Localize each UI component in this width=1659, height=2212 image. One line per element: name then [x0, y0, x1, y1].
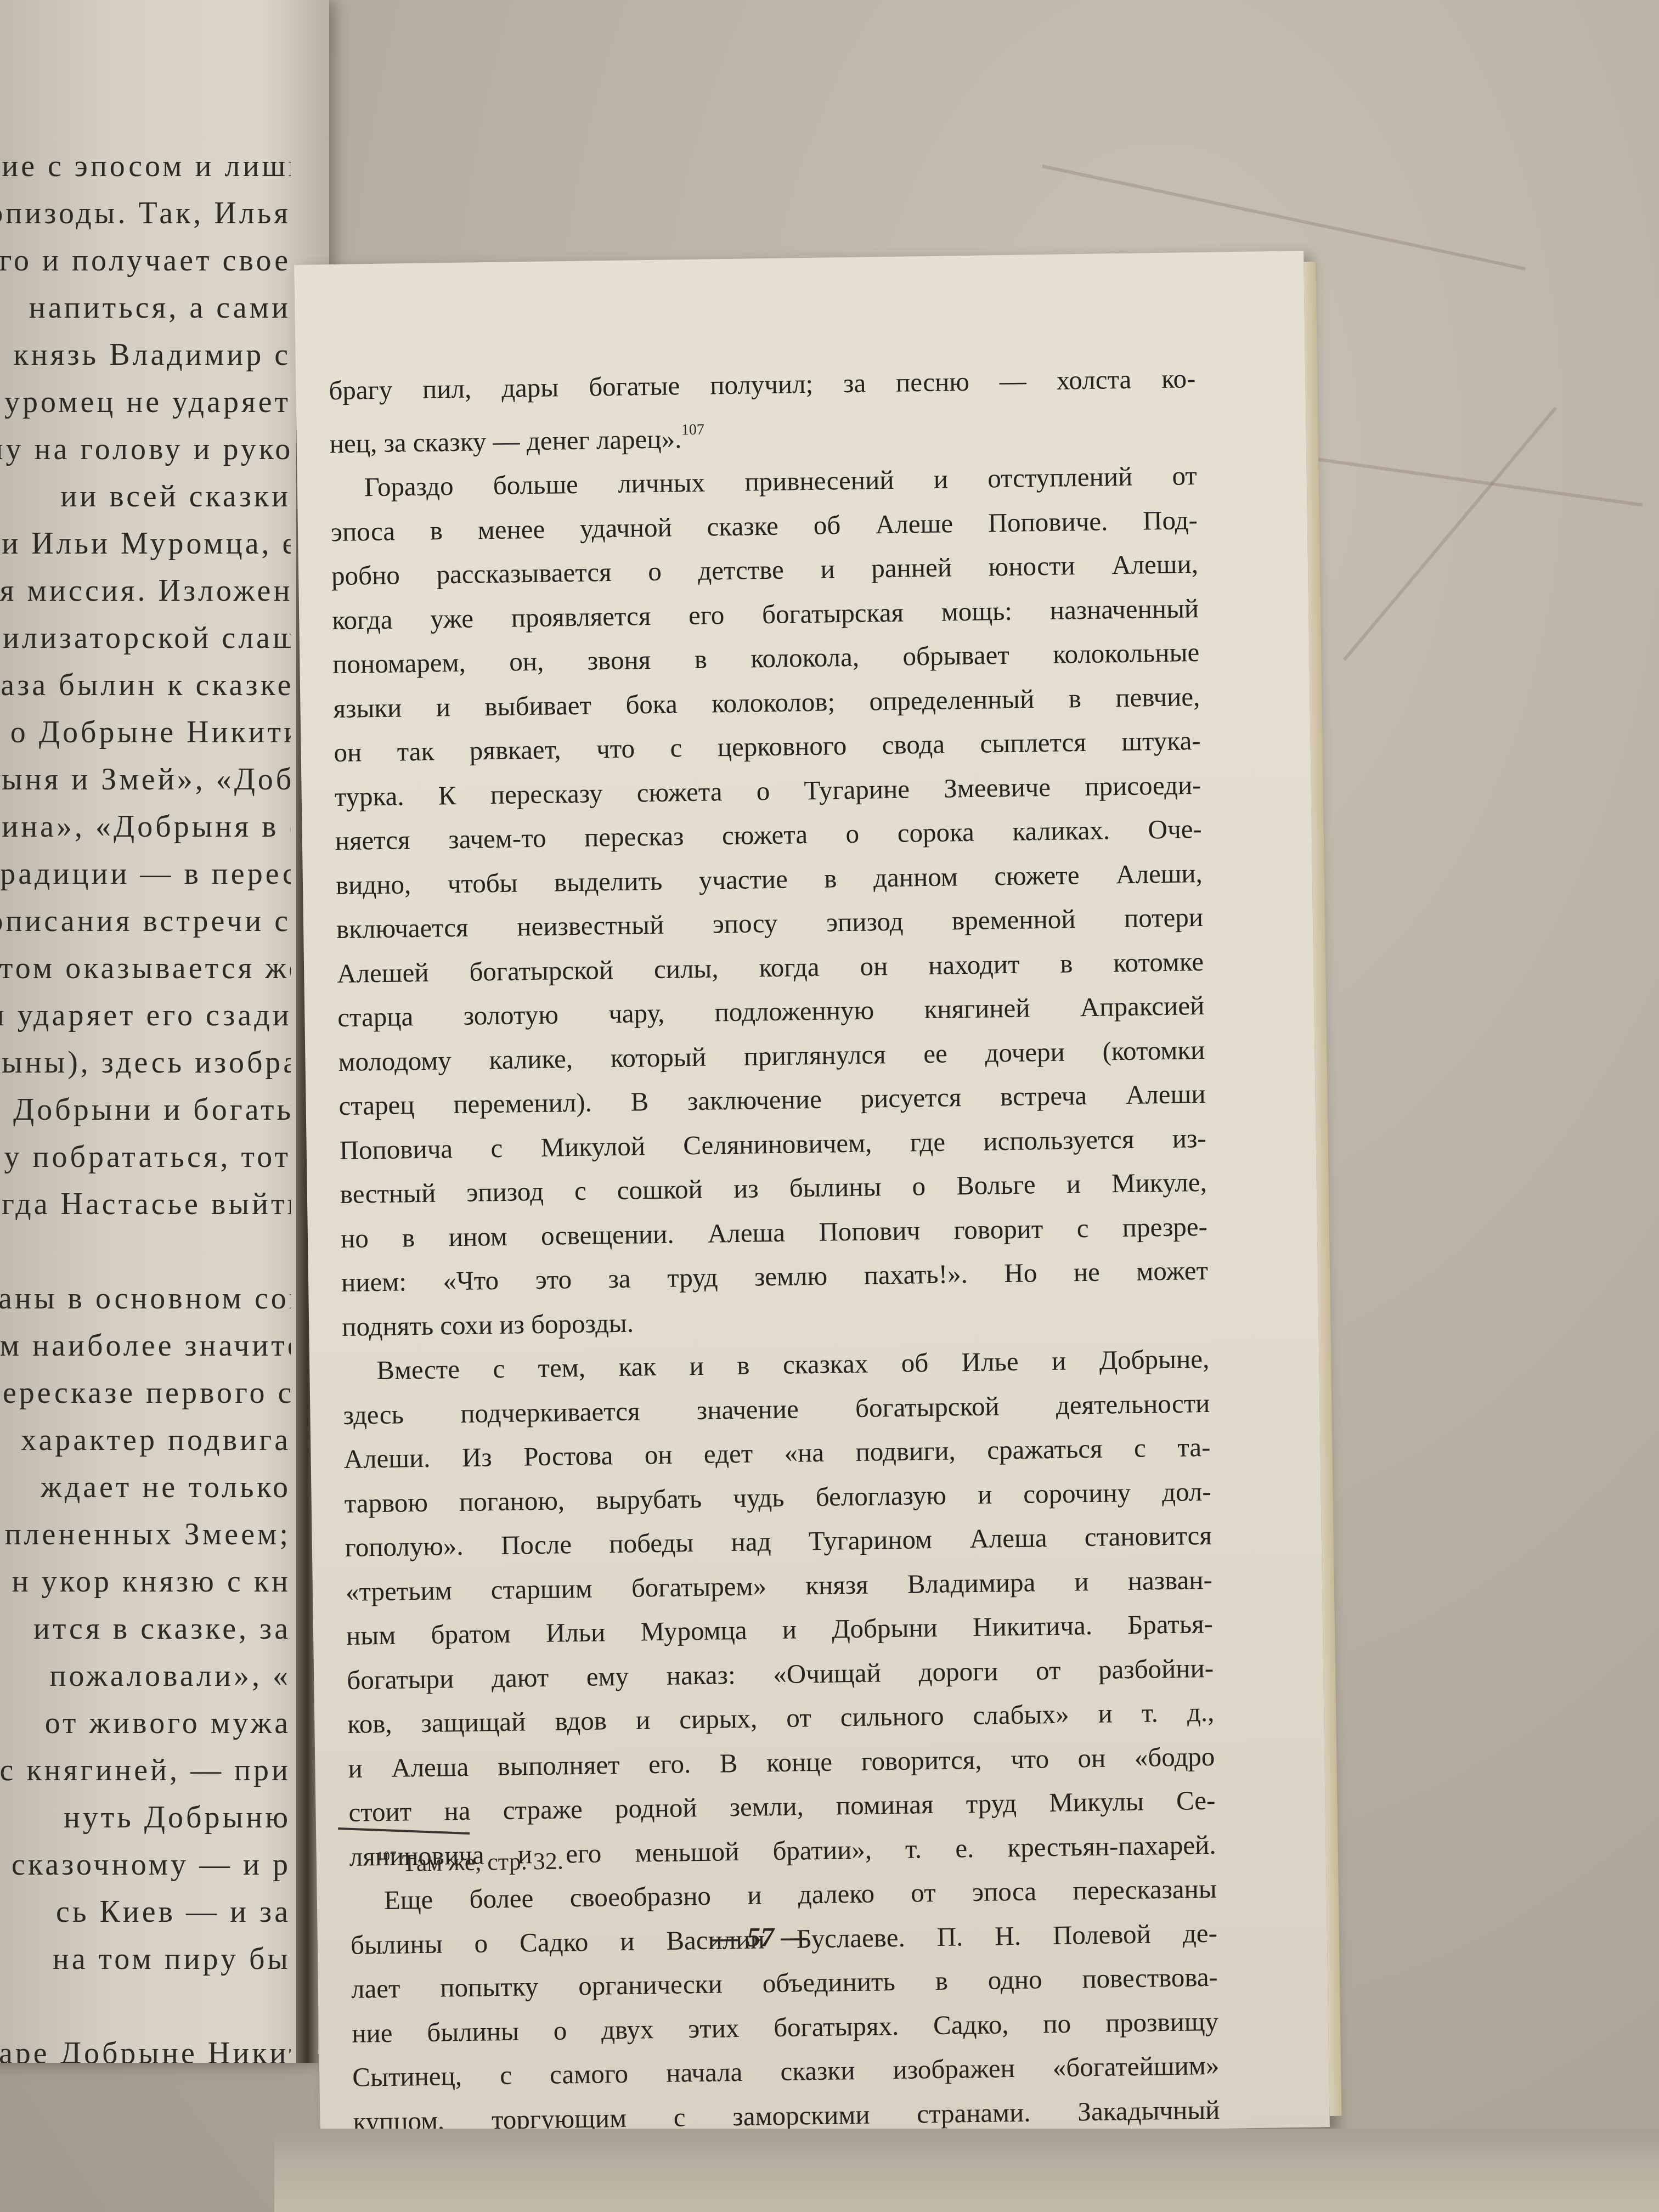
left-page-line: князь Владимир с — [0, 331, 291, 379]
left-page-line: чи Ильи Муромца, его — [0, 520, 291, 567]
left-page-line: этом оказывается же — [0, 945, 291, 992]
text-line-content: «третьим старшим богатырем» князя Владим… — [346, 1564, 1213, 1606]
text-line-content: он так рявкает, что с церковного свода с… — [334, 725, 1201, 768]
left-page-line: описания встречи с — [0, 898, 291, 945]
text-line-content: Вместе с тем, как и в сказках об Илье и … — [376, 1344, 1210, 1385]
text-line-content: молодому калике, который приглянулся ее … — [338, 1034, 1205, 1076]
left-page-line: ем наиболее значите — [0, 1322, 291, 1369]
text-line-content: Алеши. Из Ростова он едет «на подвиги, с… — [343, 1432, 1211, 1474]
text-line-content: и Алеша выполняет его. В конце говорится… — [348, 1741, 1215, 1783]
left-page-line: нуть Добрыню — [0, 1794, 291, 1841]
text-line-content: Поповича с Микулой Селяниновичем, где ис… — [339, 1122, 1206, 1165]
left-page-line: рыны), здесь изображ — [0, 1039, 291, 1086]
text-line-content: ков, защищай вдов и сирых, от сильного с… — [347, 1697, 1215, 1739]
text-line-content: нием: «Что это за труд землю пахать!». Н… — [341, 1255, 1209, 1297]
text-line-content: няется зачем-то пересказ сюжета о сорока… — [335, 814, 1202, 856]
left-page-line: пожаловали», « — [0, 1652, 291, 1700]
text-line-content: языки и выбивает бока колоколов; определ… — [333, 681, 1200, 724]
marble-vein — [1343, 407, 1557, 661]
left-page-line: го и получает свое — [0, 237, 291, 284]
left-page-line: а о Добрыне Никитиче — [0, 709, 291, 756]
left-page: чие с эпосом и лишьэпизоды. Так, Ильяго … — [0, 0, 329, 2063]
text-line-content: стоит на страже родной земли, поминая тр… — [348, 1785, 1216, 1827]
left-page-text: чие с эпосом и лишьэпизоды. Так, Ильяго … — [0, 143, 291, 2063]
text-line-content: брагу пил, дары богатые получил; за песн… — [329, 363, 1196, 405]
text-line-content: здесь подчеркивается значение богатырско… — [343, 1387, 1210, 1430]
page-number: — 57 — — [712, 1920, 809, 1953]
text-line-content: ние былины о двух этих богатырях. Садко,… — [352, 2006, 1219, 2048]
text-line-content: ным братом Ильи Муромца и Добрыни Никити… — [346, 1609, 1214, 1651]
footnote: 107Там же, стр. 32. — [377, 1847, 563, 1877]
text-line-content: вестный эпизод с сошкой из былины о Воль… — [340, 1167, 1207, 1209]
page-edge — [1304, 262, 1341, 2116]
left-page-line: эпизоды. Так, Илья — [0, 190, 291, 237]
left-page-line: у побрататься, тот — [0, 1133, 291, 1181]
left-page-line: уромец не ударяет — [0, 379, 291, 426]
text-line-content: Гораздо больше личных привнесений и отст… — [364, 460, 1197, 502]
text-line-content: турка. К пересказу сюжета о Тугарине Зме… — [334, 770, 1201, 812]
left-page-line: ждает не только — [0, 1464, 291, 1511]
text-line-content: гополую». После победы над Тугарином Але… — [345, 1520, 1212, 1562]
left-page-line — [0, 1983, 291, 2030]
left-page-line: чие с эпосом и лишь — [0, 143, 291, 190]
left-page-line: огда Настасье выйти — [0, 1181, 291, 1228]
text-line-content: нец, за сказку — денег ларец». — [329, 424, 681, 459]
left-page-line: чина», «Добрыня в от — [0, 803, 291, 850]
left-page-line: ии всей сказки — [0, 473, 291, 520]
left-page-line: му на голову и рукой — [0, 426, 291, 473]
left-page-line: й Добрыни и богатыр — [0, 1086, 291, 1133]
body-text: брагу пил, дары богатые получил; за песн… — [329, 357, 1221, 2188]
text-line-content: Алешей богатырской силы, когда он находи… — [337, 946, 1204, 988]
left-page-line: характер подвига — [0, 1417, 291, 1464]
left-page-line: пересказе первого с — [0, 1369, 291, 1417]
text-line-content: включается неизвестный эпосу эпизод врем… — [336, 902, 1204, 944]
text-line-content: видно, чтобы выделить участие в данном с… — [336, 858, 1203, 900]
text-line-content: тарвою поганою, вырубать чудь белоглазую… — [344, 1476, 1211, 1518]
left-page-line: ая миссия. Изложен — [0, 567, 291, 614]
left-page-line: , плененных Змеем; — [0, 1511, 291, 1558]
text-line-content: поднять сохи из борозды. — [342, 1307, 634, 1341]
left-page-line: с княгиней, — при — [0, 1747, 291, 1794]
left-page-line: ы ударяет его сзади, — [0, 992, 291, 1039]
left-page-line: н укор князю с кн — [0, 1558, 291, 1605]
text-line-content: Сытинец, с самого начала сказки изображе… — [352, 2050, 1220, 2092]
left-page-line: каза былин к сказке — [0, 662, 291, 709]
footnote-reference: 107 — [681, 421, 704, 438]
left-page-line: на том пиру бы — [0, 1936, 291, 1983]
table-surface — [274, 2129, 1659, 2212]
footnote-text: Там же, стр. 32. — [402, 1847, 563, 1876]
right-page: брагу пил, дары богатые получил; за песн… — [294, 251, 1330, 2141]
left-page-line: заны в основном совер — [0, 1275, 291, 1322]
left-page-line: традиции — в переска — [0, 850, 291, 898]
text-line-content: но в ином освещении. Алеша Попович говор… — [341, 1211, 1208, 1253]
left-page-line: рыня и Змей», «Доб — [0, 756, 291, 803]
left-page-line: сь Киев — и за — [0, 1888, 291, 1936]
photo-scene: чие с эпосом и лишьэпизоды. Так, Ильяго … — [0, 0, 1659, 2212]
left-page-line — [0, 1228, 291, 1275]
text-line-content: эпоса в менее удачной сказке об Алеше По… — [331, 505, 1198, 547]
left-page-line: ится в сказке, за — [0, 1605, 291, 1652]
left-page-line: сказочному — и р — [0, 1841, 291, 1888]
left-page-line: цилизаторской слащав — [0, 614, 291, 662]
footnote-number: 107 — [377, 1849, 397, 1864]
text-line-content: богатыри дают ему наказ: «Очищай дороги … — [347, 1652, 1214, 1695]
text-line-content: старец переменил). В заключение рисуется… — [338, 1079, 1206, 1121]
text-line-content: когда уже проявляется его богатырская мо… — [332, 593, 1199, 635]
text-line-content: робно рассказывается о детстве и ранней … — [331, 549, 1199, 591]
text-line-content: лает попытку органически объединить в од… — [351, 1962, 1218, 2004]
left-page-line: гаре Добрыне Никитиче — [0, 2030, 291, 2063]
text-line-content: пономарем, он, звоня в колокола, обрывае… — [332, 637, 1200, 679]
left-page-line: напиться, а сами — [0, 284, 291, 331]
text-line-content: старца золотую чару, подложенную княгине… — [337, 990, 1205, 1032]
left-page-line: от живого мужа — [0, 1700, 291, 1747]
text-line-content: Еще более своеобразно и далеко от эпоса … — [383, 1874, 1217, 1915]
